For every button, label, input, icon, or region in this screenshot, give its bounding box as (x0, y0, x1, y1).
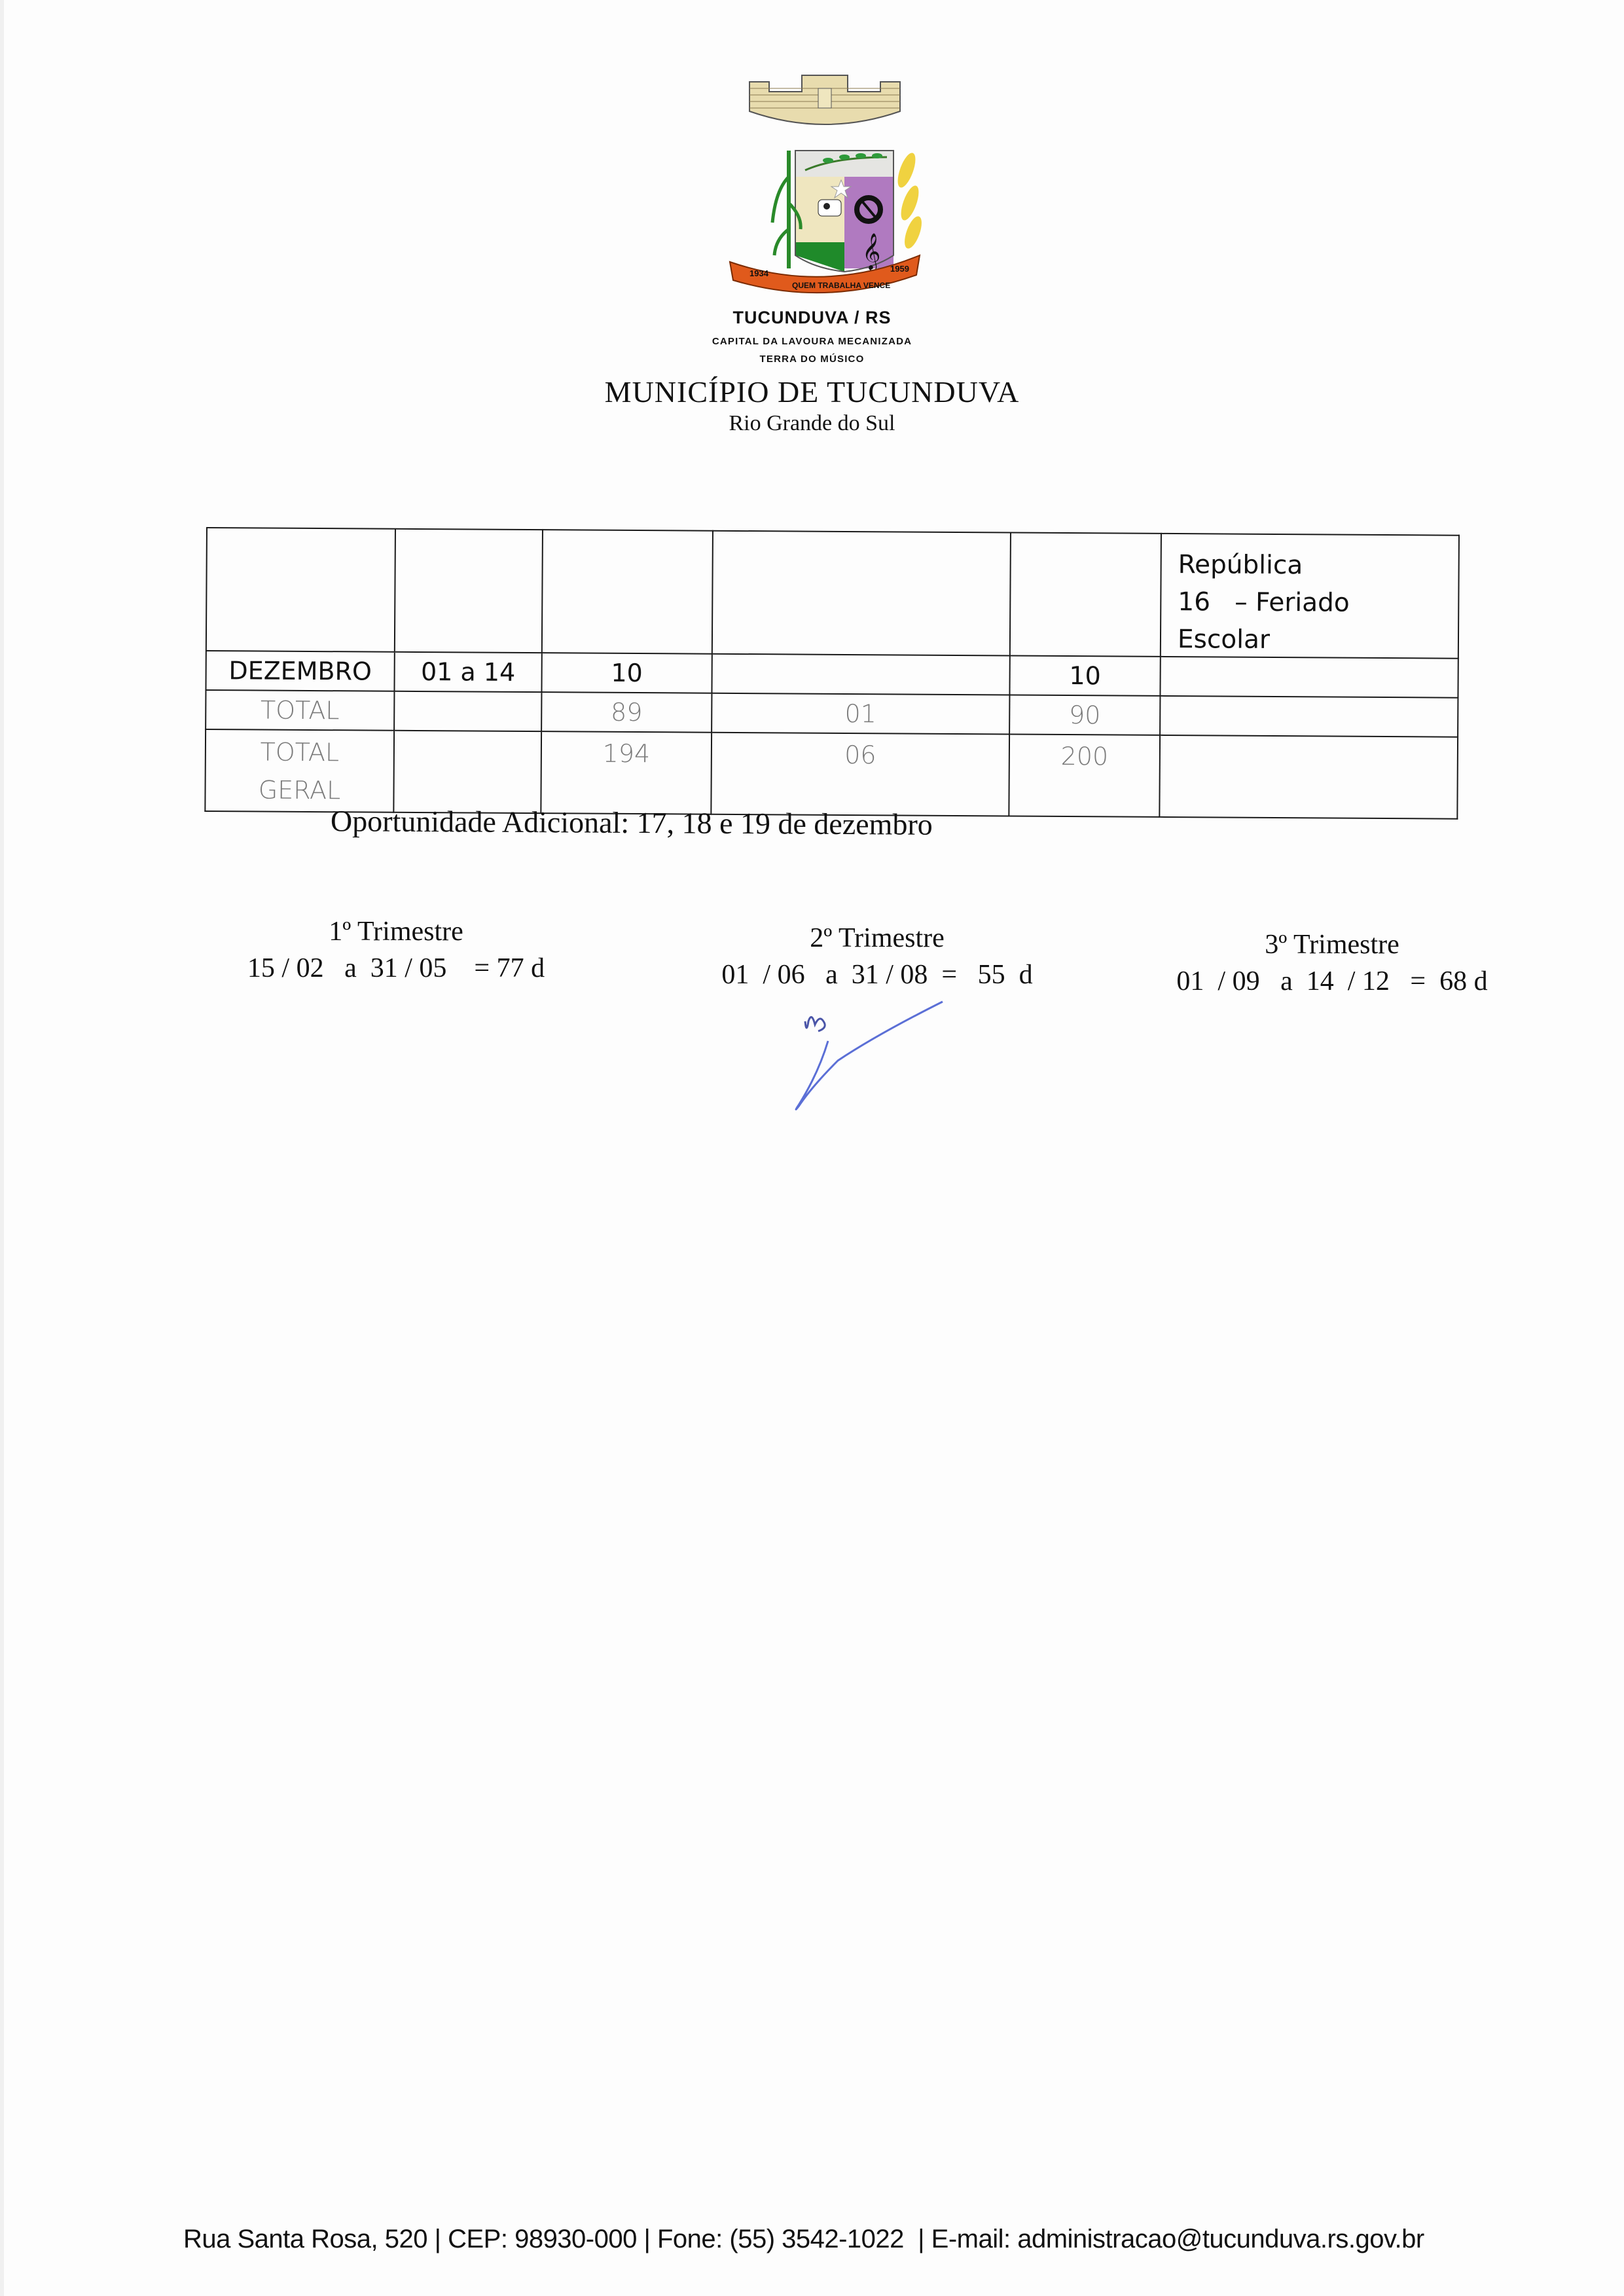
total-days-cell: 89 (542, 693, 712, 733)
grand-total-saturdays-cell: 06 (712, 733, 1010, 817)
grand-total-label-line-2: GERAL (259, 771, 341, 809)
holiday-note-line-1: República (1178, 546, 1303, 584)
holiday-note-line-2: 16 – Feriado (1178, 583, 1350, 622)
period-cell: 01 a 14 (395, 653, 542, 693)
trimester-3-title: 3º Trimestre (1142, 926, 1522, 963)
table-cell (1161, 657, 1458, 699)
school-days-table: República 16 – Feriado Escolar DEZEMBRO … (204, 527, 1460, 823)
table-cell (1011, 532, 1162, 657)
grand-total-label-line-1: TOTAL (260, 733, 339, 771)
trimester-2-range: 01 / 06 a 31 / 08 = 55 d (694, 957, 1060, 993)
table-cell (395, 692, 542, 732)
total-label-cell: TOTAL (205, 691, 395, 731)
handwritten-signature-icon (779, 995, 949, 1113)
trimester-3: 3º Trimestre 01 / 09 a 14 / 12 = 68 d (1142, 926, 1522, 1000)
trimester-1-title: 1º Trimestre (216, 913, 576, 950)
trimester-1-range: 15 / 02 a 31 / 05 = 77 d (216, 950, 576, 987)
grand-total-label-cell: TOTALGERAL (204, 730, 395, 813)
table-cell (395, 528, 543, 653)
table-cell (394, 731, 542, 814)
additional-opportunity-note: Oportunidade Adicional: 17, 18 e 19 de d… (331, 803, 933, 842)
slogan-line-1: CAPITAL DA LAVOURA MECANIZADA (0, 336, 1624, 347)
month-cell: DEZEMBRO (205, 651, 395, 692)
trimester-3-range: 01 / 09 a 14 / 12 = 68 d (1142, 963, 1522, 1000)
table-cell (1161, 697, 1458, 738)
document-page: 𝄞 1934 QUEM TRABALHA VENCE 1959 TUCUNDUV… (0, 0, 1624, 2296)
holiday-note-line-3: Escolar (1178, 621, 1270, 659)
slogan-line-2: TERRA DO MÚSICO (0, 354, 1624, 365)
footer-contact: Rua Santa Rosa, 520 | CEP: 98930-000 | F… (183, 2225, 1424, 2254)
days-cell: 10 (542, 653, 712, 694)
svg-text:𝄞: 𝄞 (862, 233, 880, 271)
table-cell (1160, 736, 1458, 820)
grand-total-days-cell: 194 (541, 732, 712, 815)
municipality-title: MUNICÍPIO DE TUCUNDUVA (0, 374, 1624, 409)
coat-of-arms-icon: 𝄞 1934 QUEM TRABALHA VENCE 1959 (723, 72, 926, 295)
ribbon-year-left: 1934 (749, 268, 769, 278)
city-title: TUCUNDUVA / RS (0, 308, 1624, 328)
state-subtitle: Rio Grande do Sul (0, 411, 1624, 436)
ribbon-motto: QUEM TRABALHA VENCE (792, 281, 890, 290)
trimester-2-title: 2º Trimestre (694, 920, 1060, 957)
total-sum-cell: 90 (1010, 696, 1161, 736)
total-days-cell: 10 (1010, 657, 1161, 697)
trimester-2: 2º Trimestre 01 / 06 a 31 / 08 = 55 d (694, 920, 1060, 993)
table-cell (206, 527, 396, 653)
total-saturdays-cell: 01 (712, 694, 1010, 735)
holiday-note-cell: República 16 – Feriado Escolar (1161, 533, 1460, 659)
table-cell (713, 530, 1011, 657)
trimester-1: 1º Trimestre 15 / 02 a 31 / 05 = 77 d (216, 913, 576, 987)
saturdays-cell (712, 655, 1010, 696)
table-cell (543, 529, 713, 655)
grand-total-sum-cell: 200 (1009, 735, 1161, 818)
ribbon-year-right: 1959 (890, 264, 909, 274)
